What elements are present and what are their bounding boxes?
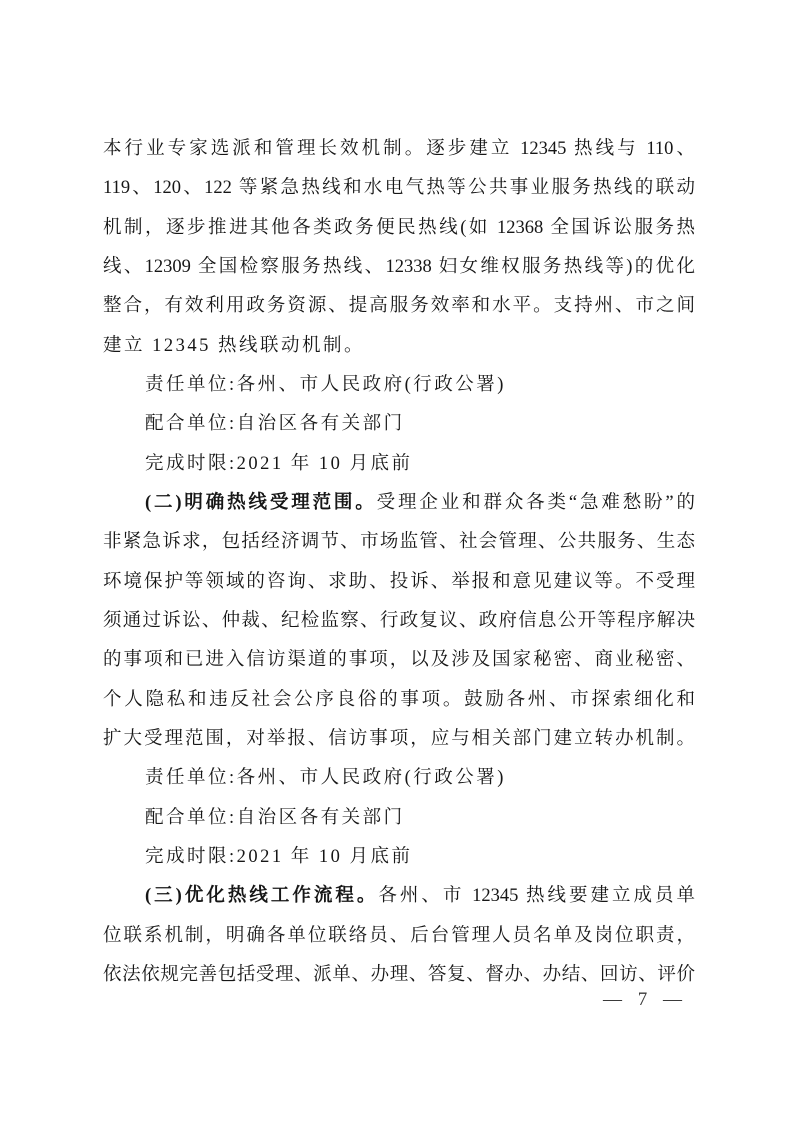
section-3-heading: (三)优化热线工作流程。	[145, 886, 378, 906]
section-2-first-line: (二)明确热线受理范围。受理企业和群众各类“急难愁盼”的	[103, 484, 695, 523]
deadline-line: 完成时限:2021 年 10 月底前	[103, 838, 695, 877]
page-number: — 7 —	[603, 986, 683, 1014]
responsible-unit-line: 责任单位:各州、市人民政府(行政公署)	[103, 759, 695, 798]
text-line: 119、120、122 等紧急热线和水电气热等公共事业服务热线的联动	[103, 169, 695, 208]
text-line: 须通过诉讼、仲裁、纪检监察、行政复议、政府信息公开等程序解决	[103, 602, 695, 641]
text-line: 整合，有效利用政务资源、提高服务效率和水平。支持州、市之间	[103, 287, 695, 326]
text-line: 位联系机制，明确各单位联络员、后台管理人员名单及岗位职责，	[103, 917, 695, 956]
text-line: 建立 12345 热线联动机制。	[103, 327, 695, 366]
section-3-text: 各州、市 12345 热线要建立成员单	[378, 886, 695, 906]
responsible-unit-line: 责任单位:各州、市人民政府(行政公署)	[103, 366, 695, 405]
cooperating-unit-line: 配合单位:自治区各有关部门	[103, 405, 695, 444]
document-page: 本行业专家选派和管理长效机制。逐步建立 12345 热线与 110、 119、1…	[0, 0, 793, 1122]
text-line: 的事项和已进入信访渠道的事项，以及涉及国家秘密、商业秘密、	[103, 641, 695, 680]
section-2-text: 受理企业和群众各类“急难愁盼”的	[377, 493, 695, 513]
text-line: 本行业专家选派和管理长效机制。逐步建立 12345 热线与 110、	[103, 130, 695, 169]
cooperating-unit-line: 配合单位:自治区各有关部门	[103, 799, 695, 838]
text-line: 机制，逐步推进其他各类政务便民热线(如 12368 全国诉讼服务热	[103, 209, 695, 248]
deadline-line: 完成时限:2021 年 10 月底前	[103, 445, 695, 484]
text-line: 扩大受理范围，对举报、信访事项，应与相关部门建立转办机制。	[103, 720, 695, 759]
document-body: 本行业专家选派和管理长效机制。逐步建立 12345 热线与 110、 119、1…	[103, 130, 695, 995]
section-2-heading: (二)明确热线受理范围。	[145, 493, 377, 513]
text-line: 个人隐私和违反社会公序良俗的事项。鼓励各州、市探索细化和	[103, 681, 695, 720]
section-3-first-line: (三)优化热线工作流程。各州、市 12345 热线要建立成员单	[103, 877, 695, 916]
text-line: 环境保护等领域的咨询、求助、投诉、举报和意见建议等。不受理	[103, 563, 695, 602]
text-line: 线、12309 全国检察服务热线、12338 妇女维权服务热线等)的优化	[103, 248, 695, 287]
text-line: 非紧急诉求，包括经济调节、市场监管、社会管理、公共服务、生态	[103, 523, 695, 562]
